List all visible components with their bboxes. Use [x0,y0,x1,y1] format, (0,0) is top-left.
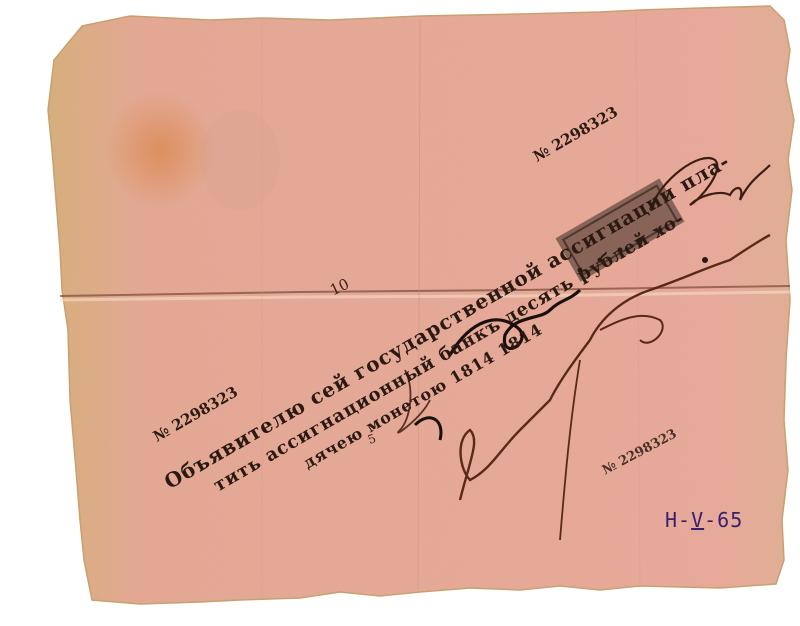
archive-note-suffix: -65 [704,508,743,532]
archive-note: H-V-65 [665,508,743,532]
handwriting-and-stamp [0,0,800,626]
archive-note-prefix: H- [665,508,691,532]
banknote: Объявителю сей государственной ассигнаци… [0,0,800,626]
archive-note-roman: V [691,508,704,532]
